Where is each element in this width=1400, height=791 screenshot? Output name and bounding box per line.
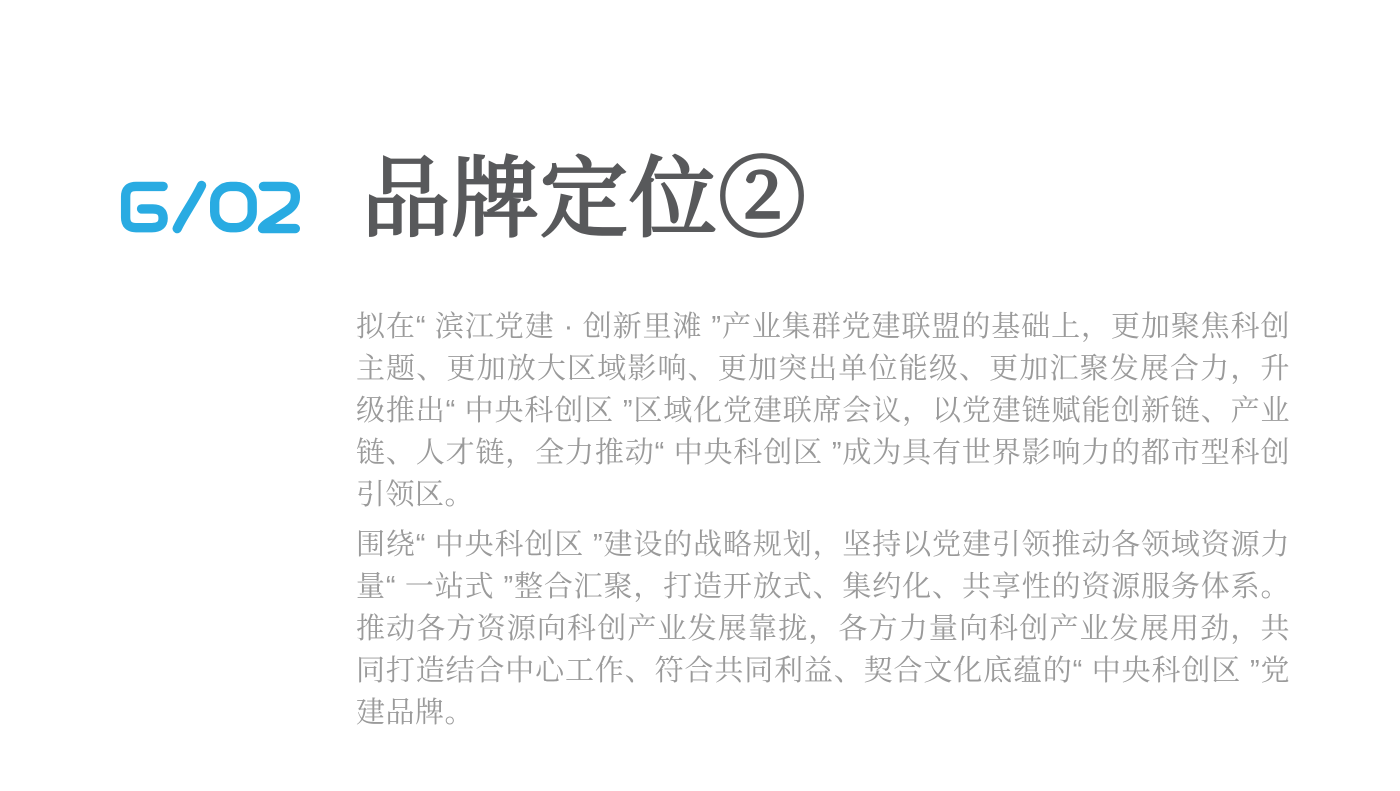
paragraph-brand-positioning-1: 拟在“ 滨江党建 · 创新里滩 ”产业集群党建联盟的基础上，更加聚焦科创主题、更… [356,306,1290,516]
logo-slash [177,185,201,228]
page-title: 品牌定位② [362,150,807,248]
logo-digit-2 [263,186,296,228]
slide-canvas: a/02 品牌定位② 拟在“ 滨江党建 · 创新里滩 ”产业集群党建联盟的基础上… [0,0,1400,791]
logo-digit-0 [215,186,253,227]
section-index-logo: a/02 [118,177,302,237]
body-copy: 拟在“ 滨江党建 · 创新里滩 ”产业集群党建联盟的基础上，更加聚焦科创主题、更… [356,306,1290,734]
paragraph-brand-positioning-2: 围绕“ 中央科创区 ”建设的战略规划，坚持以党建引领推动各领域资源力量“ 一站式… [356,524,1290,734]
logo-letter-a [126,186,164,227]
a02-logo-icon [118,177,302,237]
